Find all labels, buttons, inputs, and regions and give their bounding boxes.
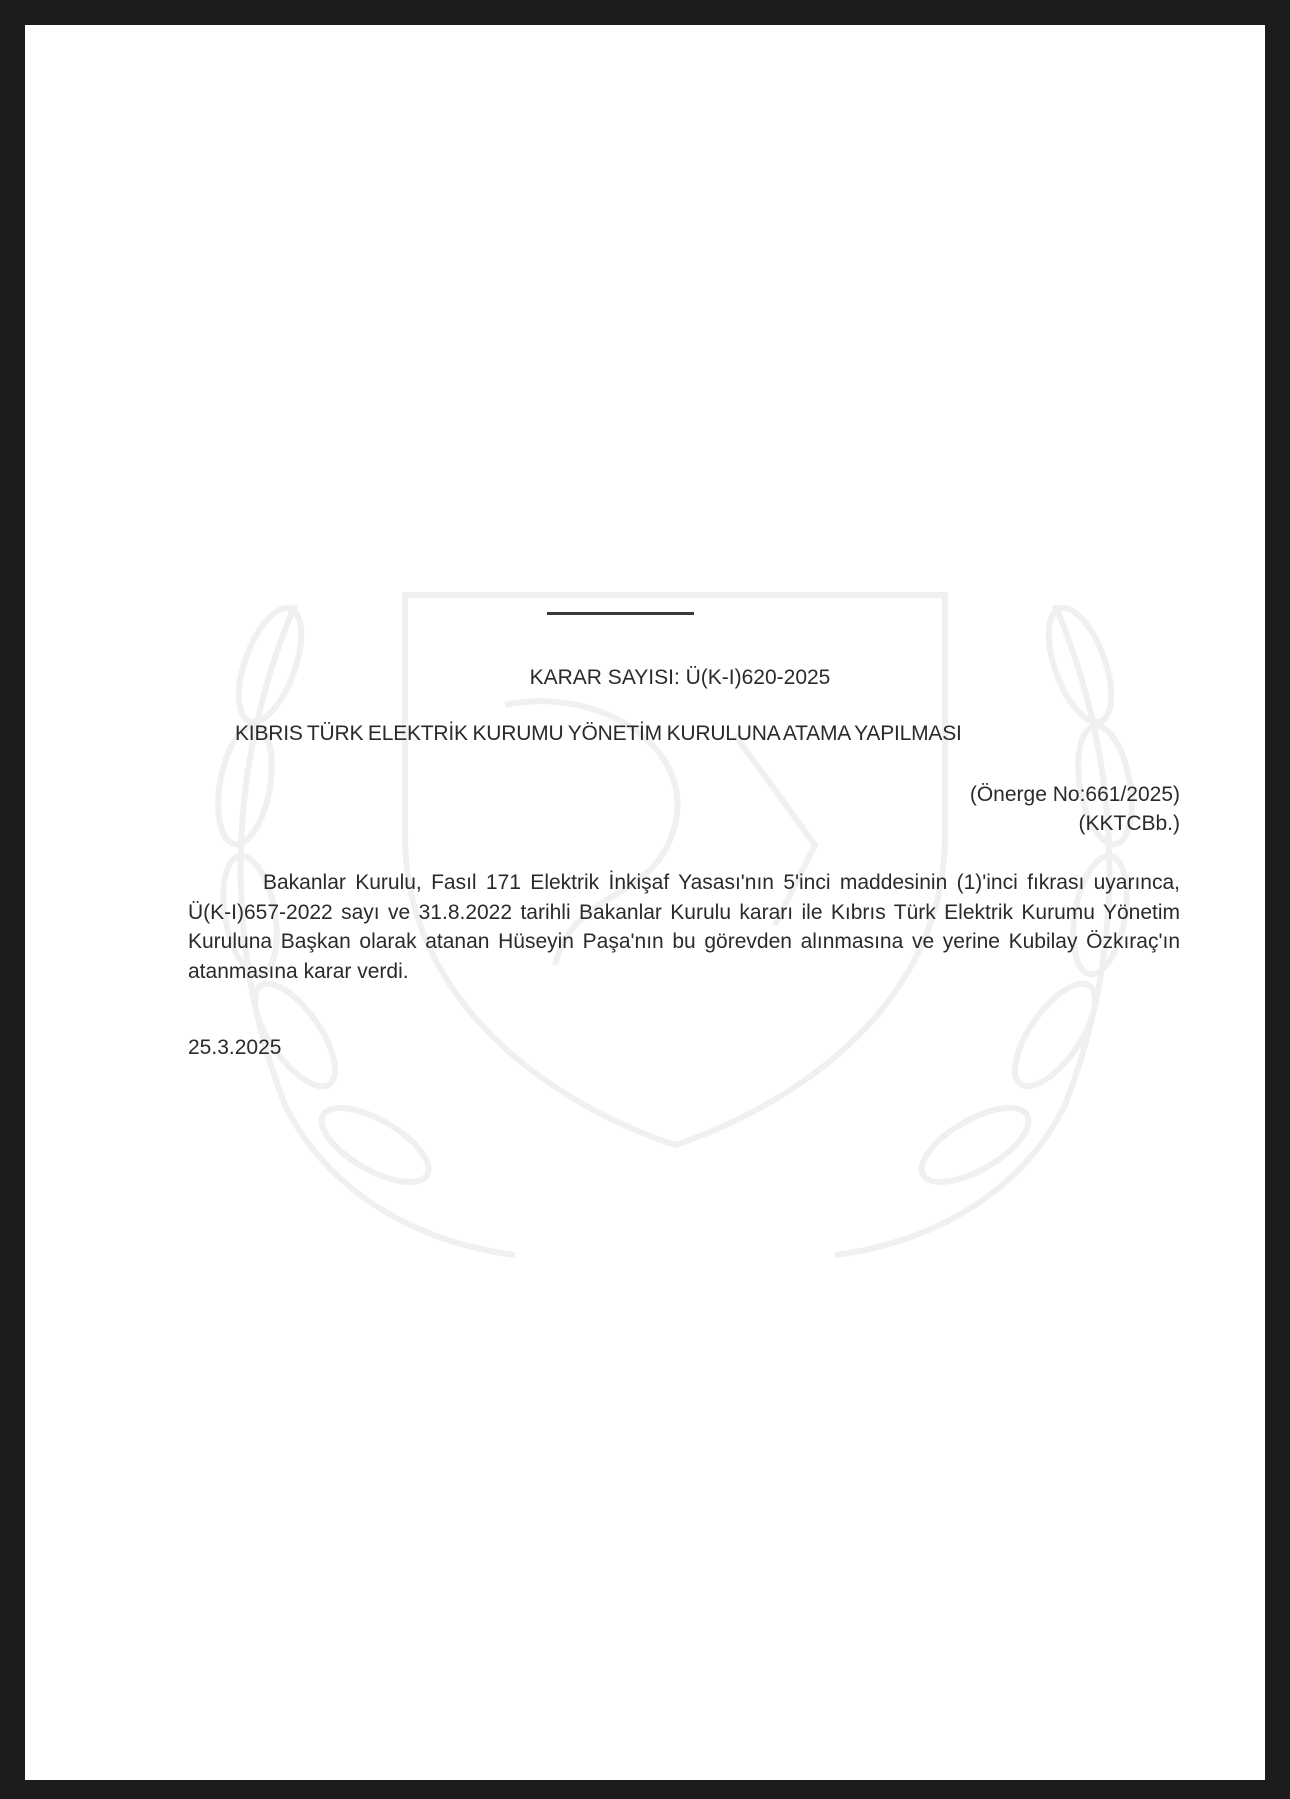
document-title: KIBRIS TÜRK ELEKTRİK KURUMU YÖNETİM KURU…	[235, 722, 962, 746]
document-page: KARAR SAYISI: Ü(K-I)620-2025 KIBRIS TÜRK…	[25, 25, 1265, 1780]
reference-block: (Önerge No:661/2025) (KKTCBb.)	[970, 780, 1180, 838]
decision-body: Bakanlar Kurulu, Fasıl 171 Elektrik İnki…	[188, 868, 1180, 986]
motion-number: (Önerge No:661/2025)	[970, 780, 1180, 809]
decision-date: 25.3.2025	[188, 1036, 281, 1060]
decision-number: KARAR SAYISI: Ü(K-I)620-2025	[25, 666, 1265, 690]
issuer-code: (KKTCBb.)	[970, 809, 1180, 838]
header-rule	[547, 612, 694, 615]
